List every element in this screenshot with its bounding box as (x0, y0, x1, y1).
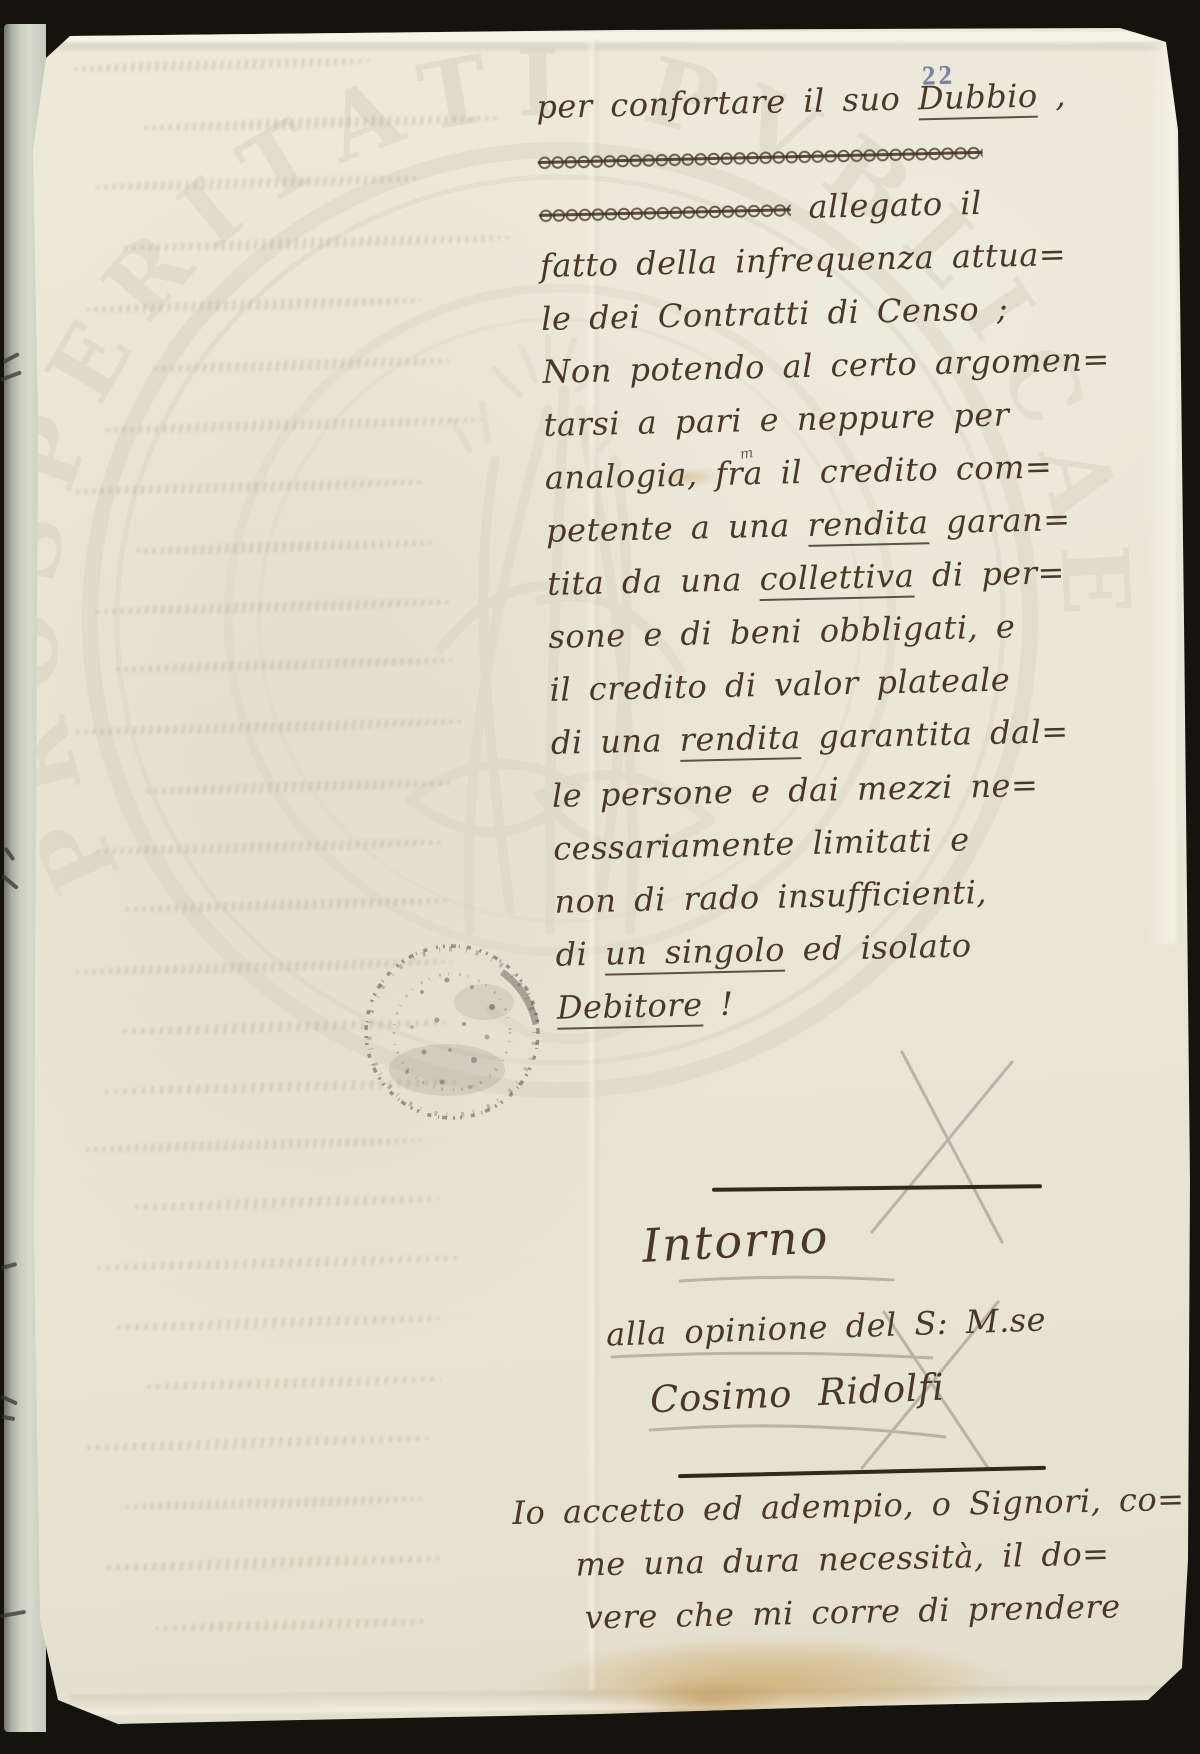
bleedthrough-line (142, 778, 452, 797)
bleedthrough-line (122, 895, 452, 914)
bleedthrough-line (82, 1135, 422, 1154)
section-title: Intorno (641, 1209, 831, 1273)
bleedthrough-line (142, 1374, 442, 1392)
manuscript-text: cessariamente limitati e (553, 820, 970, 867)
bleedthrough-line (112, 1313, 442, 1332)
bleedthrough-line (120, 233, 512, 254)
manuscript-text: un singolo (605, 931, 786, 976)
manuscript-text: di (555, 935, 605, 974)
struck-text-scribble (539, 195, 792, 231)
bleedthrough-line (92, 173, 422, 192)
manuscript-text: rendita (807, 503, 929, 547)
bleedthrough-line (92, 837, 442, 857)
closing-text-block: Io accetto ed adempio, o Signori, co=me … (512, 1483, 1035, 1653)
bleedthrough-line (70, 56, 370, 74)
manuscript-text: garantita dal= (800, 712, 1069, 756)
manuscript-text: di per= (914, 553, 1065, 594)
bottom-stain-dark (636, 1676, 786, 1720)
bleedthrough-line (122, 1494, 422, 1512)
bleedthrough-line (140, 113, 500, 133)
body-text-block: per confortare il suo Dubbio , allegato … (536, 77, 1038, 1042)
paper-top-edge (58, 32, 1162, 41)
bleedthrough-line (150, 1616, 430, 1634)
bleedthrough-line (150, 356, 450, 374)
pencil-cross-mark (902, 1052, 1002, 1242)
bleedthrough-line (100, 1077, 460, 1097)
manuscript-text: tita da una (547, 560, 760, 603)
section-author: Cosimo Ridolfi (649, 1366, 945, 1422)
bleedthrough-line (72, 957, 452, 978)
bleedthrough-line (102, 1553, 442, 1572)
bleedthrough-line (72, 717, 464, 738)
struck-text-scribble (537, 137, 983, 177)
pencil-underline (612, 1353, 932, 1358)
bleedthrough-line (82, 1433, 432, 1453)
section-subtitle: alla opinione del S: M.se (605, 1300, 1046, 1353)
bleedthrough-line (82, 295, 422, 314)
bleedthrough-line (118, 1017, 448, 1036)
manuscript-paper: PROSPERITATI PVBLICAE (0, 0, 1200, 1754)
manuscript-text: collettiva (759, 557, 915, 601)
pencil-cross-mark (872, 1062, 1012, 1232)
manuscript-text: petente a una (546, 506, 808, 550)
bleedthrough-line (72, 477, 422, 497)
paper-right-edge (1146, 44, 1176, 944)
paper-top-edge-shadow (58, 44, 1162, 50)
manuscript-text: per confortare il suo (536, 79, 918, 126)
pencil-underline (680, 1277, 893, 1281)
bleedthrough-line (112, 655, 452, 674)
manuscript-text: , (1037, 76, 1066, 115)
bleedthrough-line (92, 1253, 462, 1273)
manuscript-text: Debitore (556, 985, 703, 1029)
manuscript-text: ed isolato (784, 926, 971, 968)
bleedthrough-line (130, 1194, 440, 1213)
manuscript-line: vere che mi corre di prendere (584, 1589, 1035, 1651)
scanned-manuscript-page: PROSPERITATI PVBLICAE (0, 0, 1200, 1754)
bleedthrough-line (132, 538, 432, 556)
manuscript-text: di una (550, 721, 680, 762)
manuscript-text: allegato il (790, 184, 982, 226)
pencil-underline (650, 1426, 945, 1437)
manuscript-line: me una dura necessità, il do= (575, 1536, 1034, 1599)
manuscript-text: Io accetto ed adempio, o Signori, co= (512, 1480, 1185, 1532)
manuscript-text: garan= (928, 500, 1071, 541)
insertion-mark: m (739, 445, 754, 463)
manuscript-text: Dubbio (917, 77, 1038, 121)
section-divider (712, 1184, 1042, 1191)
manuscript-text: rendita (679, 718, 801, 762)
bleedthrough-line (102, 415, 482, 436)
section-divider (678, 1466, 1046, 1478)
manuscript-text: ! (702, 985, 734, 1024)
bleedthrough-line (92, 597, 452, 617)
manuscript-line: Debitore ! (556, 978, 1037, 1042)
